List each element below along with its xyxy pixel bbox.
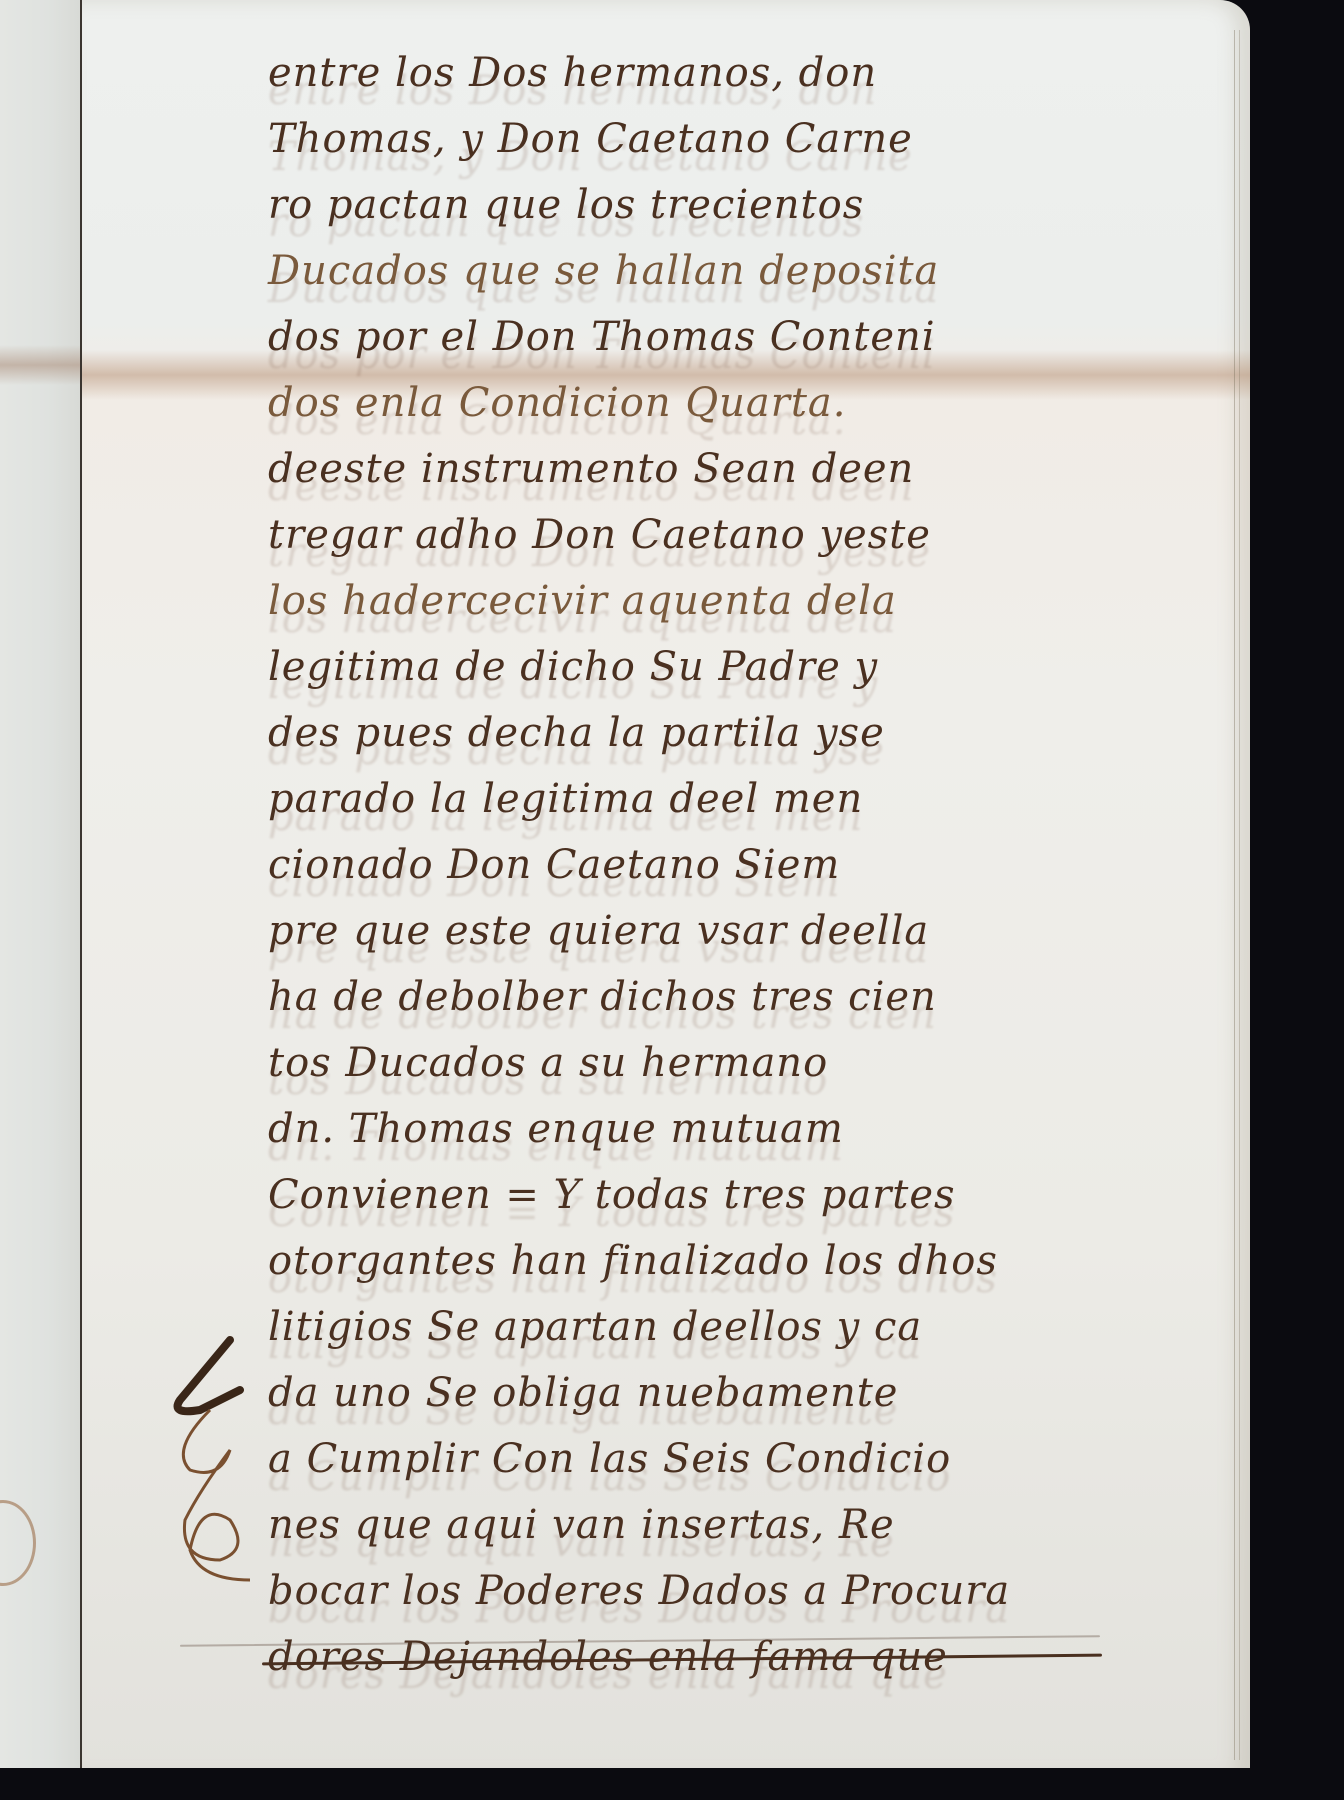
text-line: ha de debolber dichos tres cien (268, 964, 1088, 1030)
text-line: parado la legitima deel men (268, 766, 1088, 832)
manuscript-text: entre los Dos hermanos, don Thomas, y Do… (268, 40, 1088, 1690)
text-line: litigios Se apartan deellos y ca (268, 1294, 1088, 1360)
text-line: bocar los Poderes Dados a Procura (268, 1558, 1088, 1624)
text-line: dos enla Condicion Quarta. (268, 370, 1088, 436)
text-line: otorgantes han finalizado los dhos (268, 1228, 1088, 1294)
text-line: da uno Se obliga nuebamente (268, 1360, 1088, 1426)
text-line: Ducados que se hallan deposita (268, 238, 1088, 304)
text-line: nes que aqui van insertas, Re (268, 1492, 1088, 1558)
text-line: ro pactan que los trecientos (268, 172, 1088, 238)
page-edge (1234, 30, 1240, 1760)
text-line: tregar adho Don Caetano yeste (268, 502, 1088, 568)
marginal-flourish-icon (160, 1330, 260, 1590)
text-line: entre los Dos hermanos, don (268, 40, 1088, 106)
text-line: Thomas, y Don Caetano Carne (268, 106, 1088, 172)
text-line: a Cumplir Con las Seis Condicio (268, 1426, 1088, 1492)
text-line: legitima de dicho Su Padre y (268, 634, 1088, 700)
text-line: dn. Thomas enque mutuam (268, 1096, 1088, 1162)
seal-mark (0, 1500, 36, 1586)
text-line: pre que este quiera vsar deella (268, 898, 1088, 964)
text-line: los hadercecivir aquenta dela (268, 568, 1088, 634)
fold-stain (0, 345, 80, 385)
text-line: dos por el Don Thomas Conteni (268, 304, 1088, 370)
text-line: des pues decha la partila yse (268, 700, 1088, 766)
text-line: cionado Don Caetano Siem (268, 832, 1088, 898)
text-line: tos Ducados a su hermano (268, 1030, 1088, 1096)
text-line: Convienen = Y todas tres partes (268, 1162, 1088, 1228)
facing-page (0, 0, 82, 1768)
background (0, 1768, 1344, 1800)
text-line: deeste instrumento Sean deen (268, 436, 1088, 502)
